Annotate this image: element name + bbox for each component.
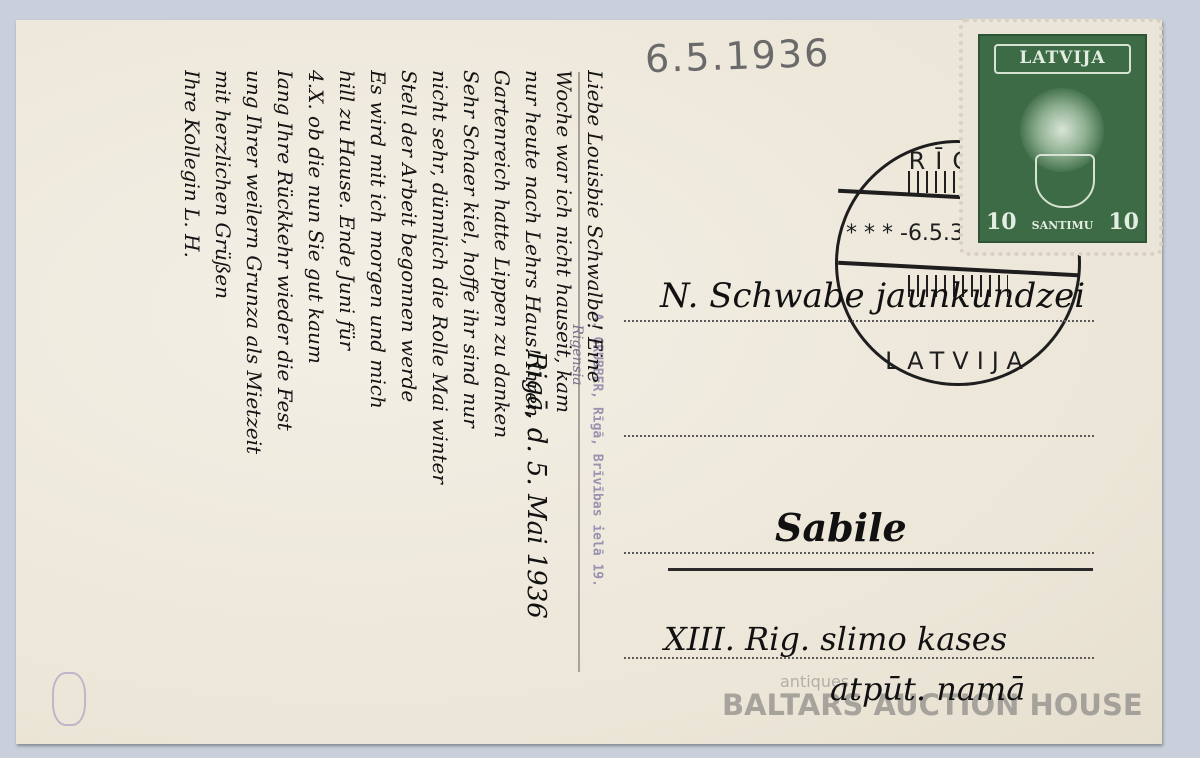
stamp-country: LATVIJA [980, 48, 1145, 68]
address-recipient: N. Schwabe jaunkundzei [660, 276, 1085, 316]
message-line: nicht sehr, dünnlich die Rolle Mai winte… [424, 70, 455, 690]
address-line-solid [668, 568, 1093, 571]
address-building: atpūt. namā [830, 670, 1025, 708]
message-line: hill zu Hause. Ende Juni für [331, 70, 362, 690]
message-line: Liebe Louisbie Schwalbe! Eine [579, 70, 610, 690]
message-line: Sehr Schaer kiel, hoffe ihr sind nur [455, 70, 486, 690]
postage-stamp: LATVIJA 10 SANTIMU 10 [963, 22, 1159, 252]
message-line: Es wird mit ich morgen und mich [362, 70, 393, 690]
address-line-dotted [624, 320, 1094, 322]
message-line: Iang Ihre Rückkehr wieder die Fest [269, 70, 300, 690]
postmark-stars: * * * [846, 221, 893, 246]
message-line: Woche war ich nicht hauseit, kam [548, 70, 579, 690]
address-line-dotted [624, 435, 1094, 437]
pencil-date-note: 6.5.1936 [644, 31, 831, 81]
coat-of-arms-icon [1035, 154, 1095, 208]
stamp-value-right: 10 [1108, 209, 1139, 235]
message-line: Ihre Kollegin L. H. [176, 70, 207, 690]
message-line: 4.X. ob die nun Sie gut kaum [300, 70, 331, 690]
message-line: Stell der Arbeit begonnen werde [393, 70, 424, 690]
faint-purple-stamp-mark [52, 672, 86, 726]
message-line: Gartenreich hatte Lippen zu danken [486, 70, 517, 690]
message-dateline: Rigā, d. 5. Mai 1936 [521, 351, 551, 619]
message-line: ung Ihrer weilern Grunza als Mietzeit [238, 70, 269, 690]
address-town: Sabile [775, 505, 907, 550]
message-line: mit herzlichen Grüßen [207, 70, 238, 690]
stamp-design: LATVIJA 10 SANTIMU 10 [978, 34, 1147, 243]
address-line-dotted [624, 552, 1094, 554]
address-institution: XIII. Rig. slimo kases [664, 620, 1007, 658]
postmark-country: LATVIJA [838, 347, 1078, 375]
address-line-dotted [624, 657, 1094, 659]
